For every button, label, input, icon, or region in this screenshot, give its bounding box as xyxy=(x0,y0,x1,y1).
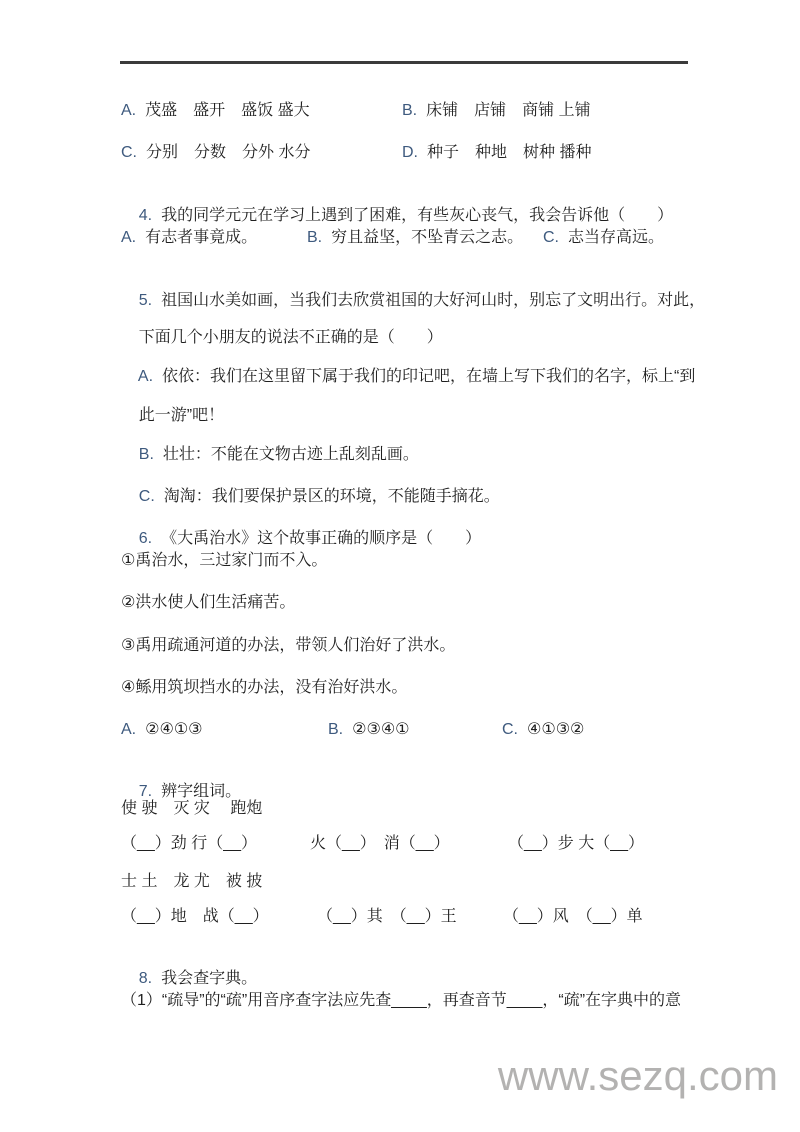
q4-option-a-letter: A. xyxy=(121,229,136,246)
option-d-group: D.种子 种地 树种 播种 xyxy=(402,143,591,163)
q4-option-c-letter: C. xyxy=(543,229,559,246)
q4-option-b-text: 穷且益坚，不坠青云之志。 xyxy=(331,229,523,246)
word-options-row-1: A.茂盛 盛开 盛饭 盛大 B.床铺 店铺 商铺 上铺 xyxy=(121,101,591,121)
q5-option-a-letter: A. xyxy=(138,368,153,385)
option-a-words: 茂盛 盛开 盛饭 盛大 xyxy=(145,102,309,119)
option-d-words: 种子 种地 树种 播种 xyxy=(427,144,591,161)
question-4-number: 4. xyxy=(139,207,152,224)
q4-option-c: C.志当存高远。 xyxy=(543,228,664,248)
q7-blank-group-3: （__）步 大（__） xyxy=(508,834,644,854)
option-b-letter: B. xyxy=(402,102,417,119)
q6-item-2: ②洪水使人们生活痛苦。 xyxy=(121,593,295,613)
q4-option-b-letter: B. xyxy=(307,229,322,246)
q6-item-3: ③禹用疏通河道的办法，带领人们治好了洪水。 xyxy=(121,636,455,656)
q8-sub-question-1: （1）“疏导”的“疏”用音序查字法应先查____，再查音节____，“疏”在字典… xyxy=(121,991,681,1011)
q7-characters-row-2: 士 土 龙 尤 被 披 xyxy=(121,872,262,892)
option-c-letter: C. xyxy=(121,144,137,161)
watermark: www.sezq.com xyxy=(498,1052,778,1100)
q7-blank-group-1: （__）劲 行（__） xyxy=(121,834,310,854)
question-5-text-line1: 祖国山水美如画，当我们去欣赏祖国的大好河山时，别忘了文明出行。对此， xyxy=(161,292,705,309)
q6-option-a: A.②④①③ xyxy=(121,720,328,740)
option-a-group: A.茂盛 盛开 盛饭 盛大 xyxy=(121,101,402,121)
question-4-text: 我的同学元元在学习上遇到了困难，有些灰心丧气，我会告诉他（ ） xyxy=(161,207,673,224)
q4-option-a: A.有志者事竟成。 xyxy=(121,228,307,248)
option-a-letter: A. xyxy=(121,102,136,119)
q6-item-1: ①禹治水，三过家门而不入。 xyxy=(121,551,327,571)
q5-option-c-text: 淘淘：我们要保护景区的环境，不能随手摘花。 xyxy=(164,488,500,505)
option-c-words: 分别 分数 分外 水分 xyxy=(146,144,310,161)
q6-option-c: C.④①③② xyxy=(502,720,584,740)
q6-option-b-text: ②③④① xyxy=(352,721,409,738)
word-options-row-2: C.分别 分数 分外 水分 D.种子 种地 树种 播种 xyxy=(121,143,591,163)
q6-option-b-letter: B. xyxy=(328,721,343,738)
question-6-options: A.②④①③ B.②③④① C.④①③② xyxy=(121,720,584,740)
q4-option-b: B.穷且益坚，不坠青云之志。 xyxy=(307,228,543,248)
question-8-text: 我会查字典。 xyxy=(161,970,257,987)
q7-blank-group-5: （__）其 （__）王 xyxy=(317,907,503,927)
question-4-options: A.有志者事竟成。 B.穷且益坚，不坠青云之志。 C.志当存高远。 xyxy=(121,228,664,248)
top-divider xyxy=(120,61,688,64)
q4-option-a-text: 有志者事竟成。 xyxy=(145,229,257,246)
question-5-number: 5. xyxy=(139,292,152,309)
q7-blank-group-6: （__）风 （__）单 xyxy=(503,907,643,927)
q5-option-b-letter: B. xyxy=(139,446,154,463)
q6-option-c-text: ④①③② xyxy=(527,721,584,738)
question-5-text-line2: 下面几个小朋友的说法不正确的是（ ） xyxy=(139,329,443,346)
option-b-group: B.床铺 店铺 商铺 上铺 xyxy=(402,101,591,121)
q7-blanks-row-1: （__）劲 行（__） 火（__） 消（__） （__）步 大（__） xyxy=(121,834,644,854)
q7-blank-group-4: （__）地 战（__） xyxy=(121,907,317,927)
option-b-words: 床铺 店铺 商铺 上铺 xyxy=(426,102,590,119)
q5-option-a-text1: 依依：我们在这里留下属于我们的印记吧，在墙上写下我们的名字，标上“到 xyxy=(162,368,695,385)
q7-blanks-row-2: （__）地 战（__） （__）其 （__）王 （__）风 （__）单 xyxy=(121,907,643,927)
question-6-number: 6. xyxy=(139,530,152,547)
q4-option-c-text: 志当存高远。 xyxy=(568,229,664,246)
worksheet-page: A.茂盛 盛开 盛饭 盛大 B.床铺 店铺 商铺 上铺 C.分别 分数 分外 水… xyxy=(0,0,800,1132)
q6-option-a-text: ②④①③ xyxy=(145,721,202,738)
q6-option-a-letter: A. xyxy=(121,721,136,738)
q7-blank-group-2: 火（__） 消（__） xyxy=(310,834,508,854)
q6-option-c-letter: C. xyxy=(502,721,518,738)
question-7-text: 辨字组词。 xyxy=(161,783,241,800)
q6-option-b: B.②③④① xyxy=(328,720,502,740)
question-7-number: 7. xyxy=(139,783,152,800)
q5-option-b-text: 壮壮：不能在文物古迹上乱刻乱画。 xyxy=(163,446,419,463)
question-6-text: 《大禹治水》这个故事正确的顺序是（ ） xyxy=(161,530,481,547)
option-c-group: C.分别 分数 分外 水分 xyxy=(121,143,402,163)
q5-option-c-letter: C. xyxy=(139,488,155,505)
q6-item-4: ④鲧用筑坝挡水的办法，没有治好洪水。 xyxy=(121,678,407,698)
option-d-letter: D. xyxy=(402,144,418,161)
q5-option-a-text2: 此一游”吧！ xyxy=(139,407,224,424)
q7-characters-row-1: 使 驶 灭 灾 跑炮 xyxy=(121,799,262,819)
question-8-number: 8. xyxy=(139,970,152,987)
